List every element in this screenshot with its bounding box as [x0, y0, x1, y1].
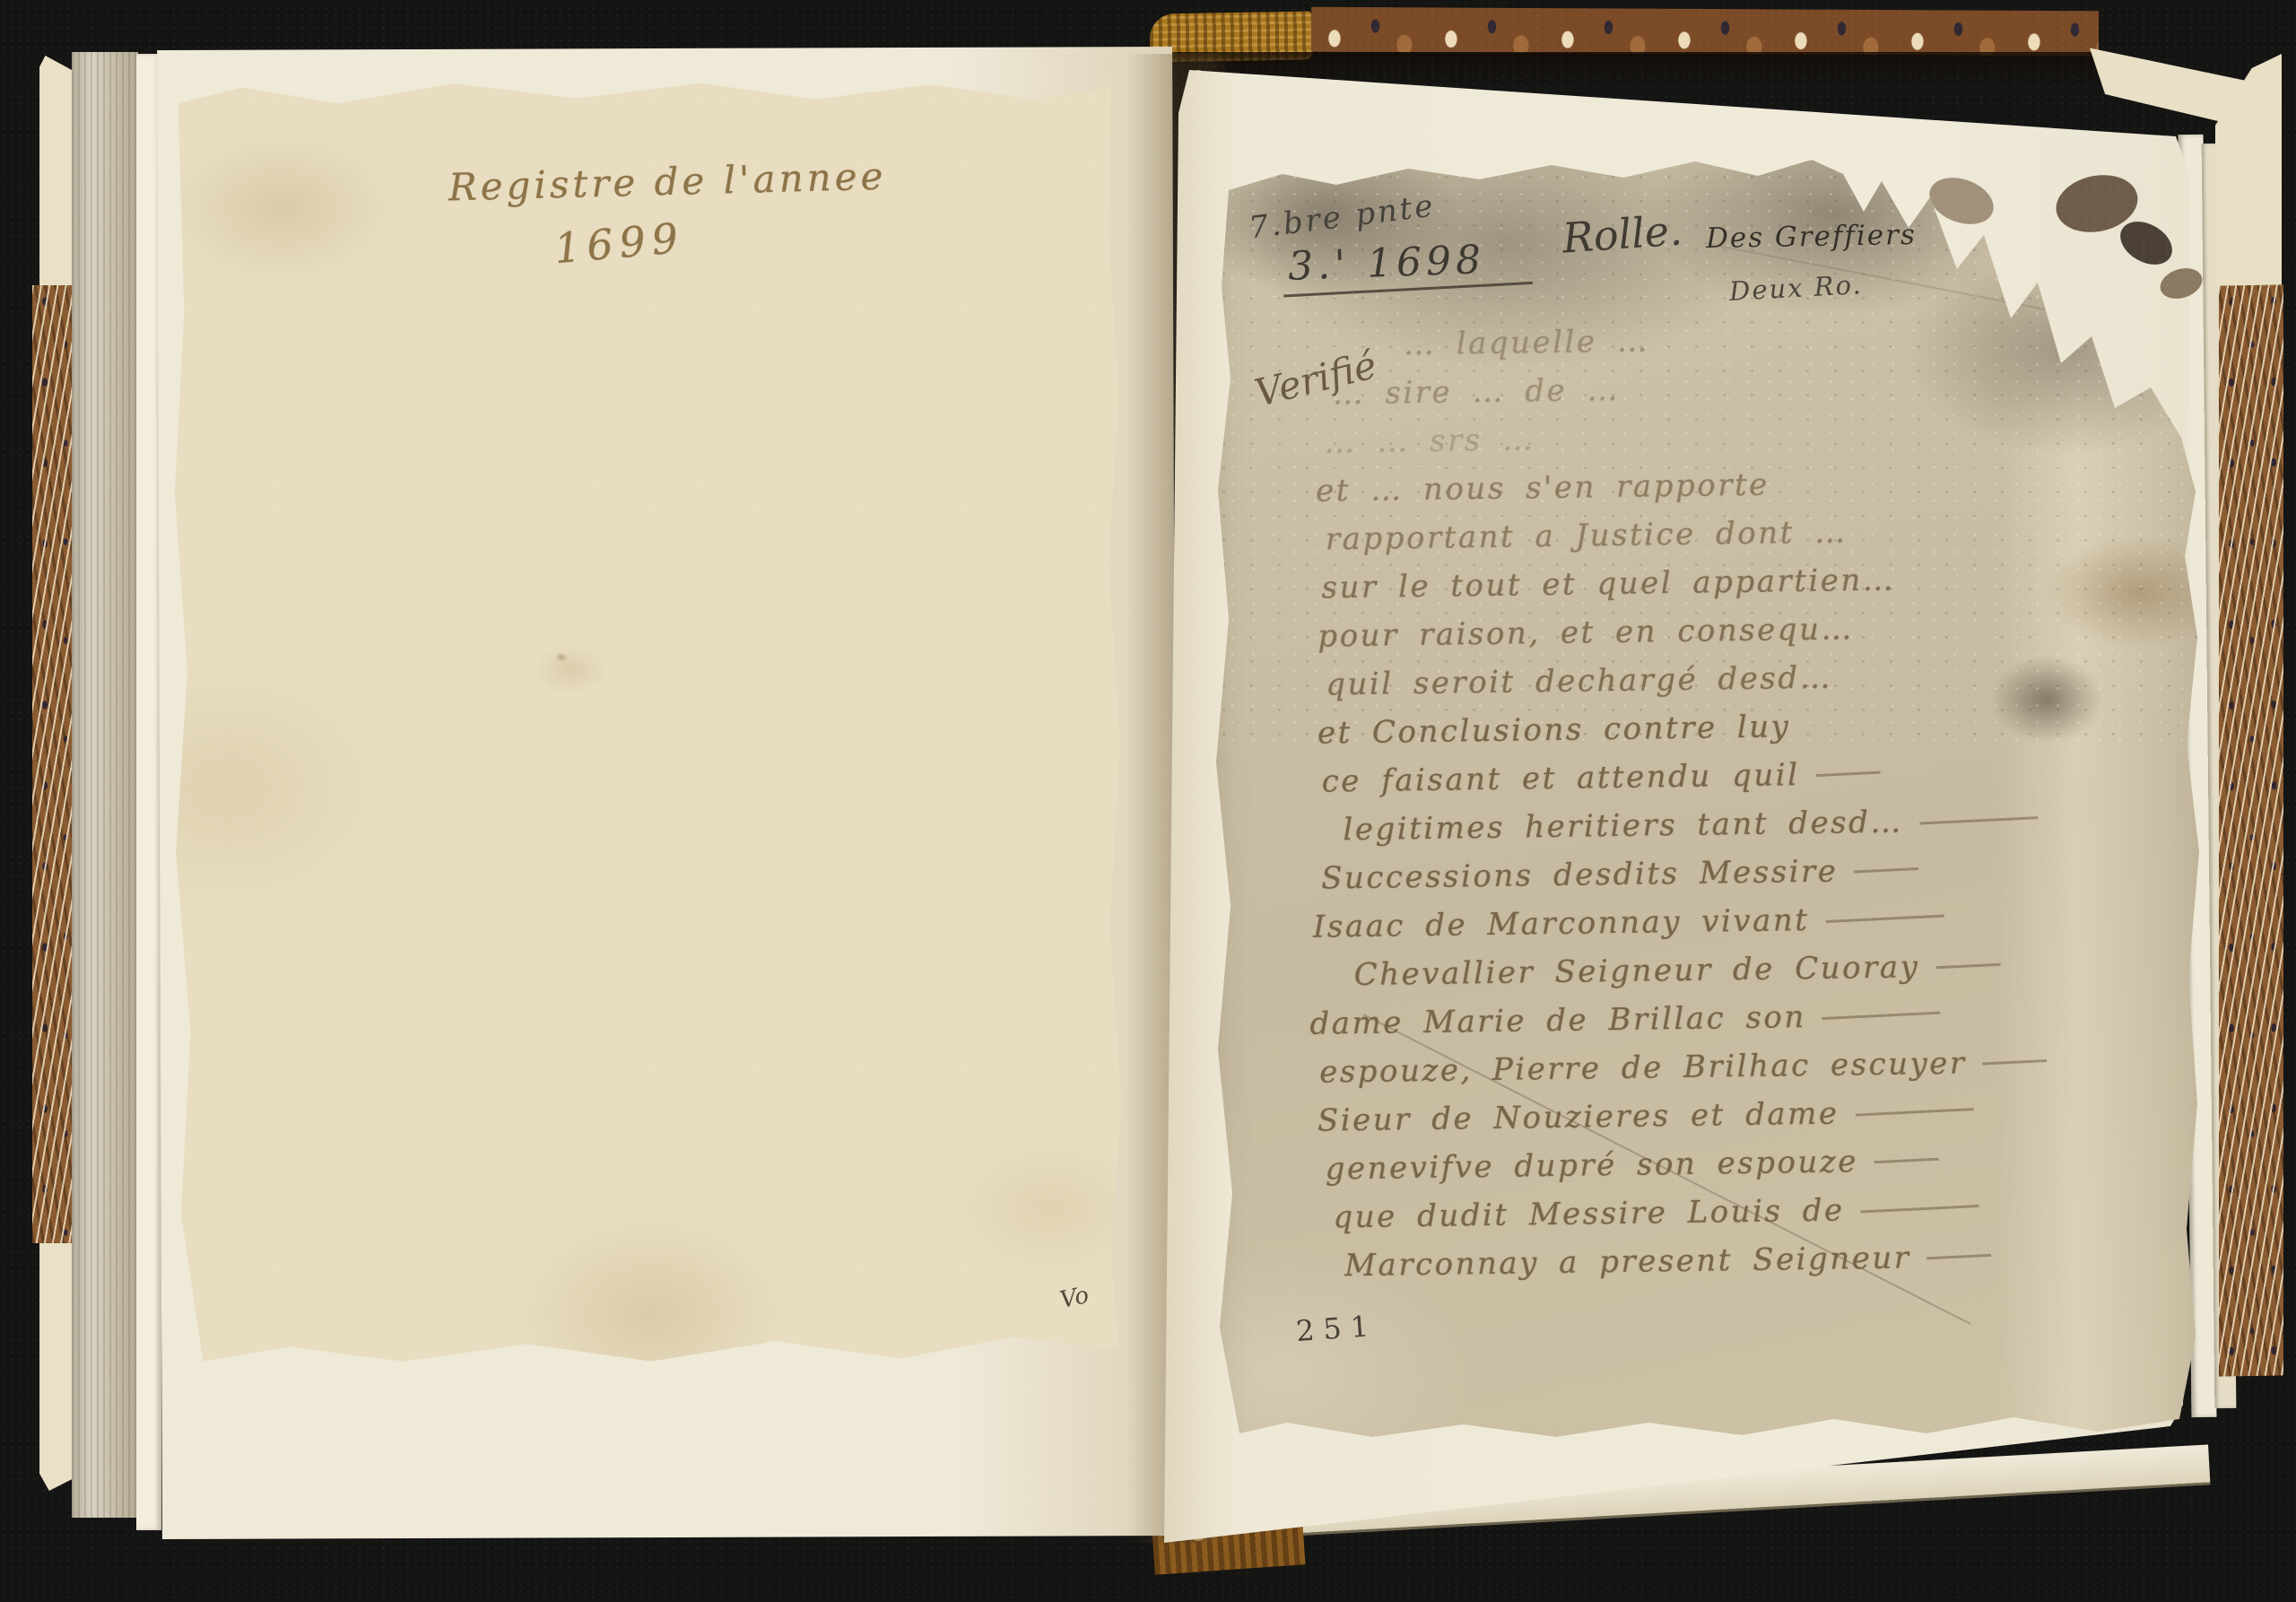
page-number: 251 [1295, 1309, 1379, 1348]
stamp-script-word: Rolle. [1561, 205, 1683, 262]
photograph: Registre de l'annee 1699 Vo 7.bre pnte 3… [0, 0, 2296, 1602]
old-flyleaf [167, 74, 1129, 1368]
date-year: 3.' 1698 [1287, 237, 1486, 290]
right-cover-corner-tip [2090, 36, 2282, 136]
greffiers-stamp-line1: Des Greffiers [1706, 219, 1917, 255]
top-board-marbled-edge [1311, 7, 2099, 57]
manuscript-body: … laquelle … … sire … de … … … srs … et … [1296, 309, 2188, 1291]
left-marbled-edge [32, 285, 74, 1243]
right-marbled-edge [2219, 284, 2283, 1376]
text-block-fore-edge [72, 52, 138, 1518]
